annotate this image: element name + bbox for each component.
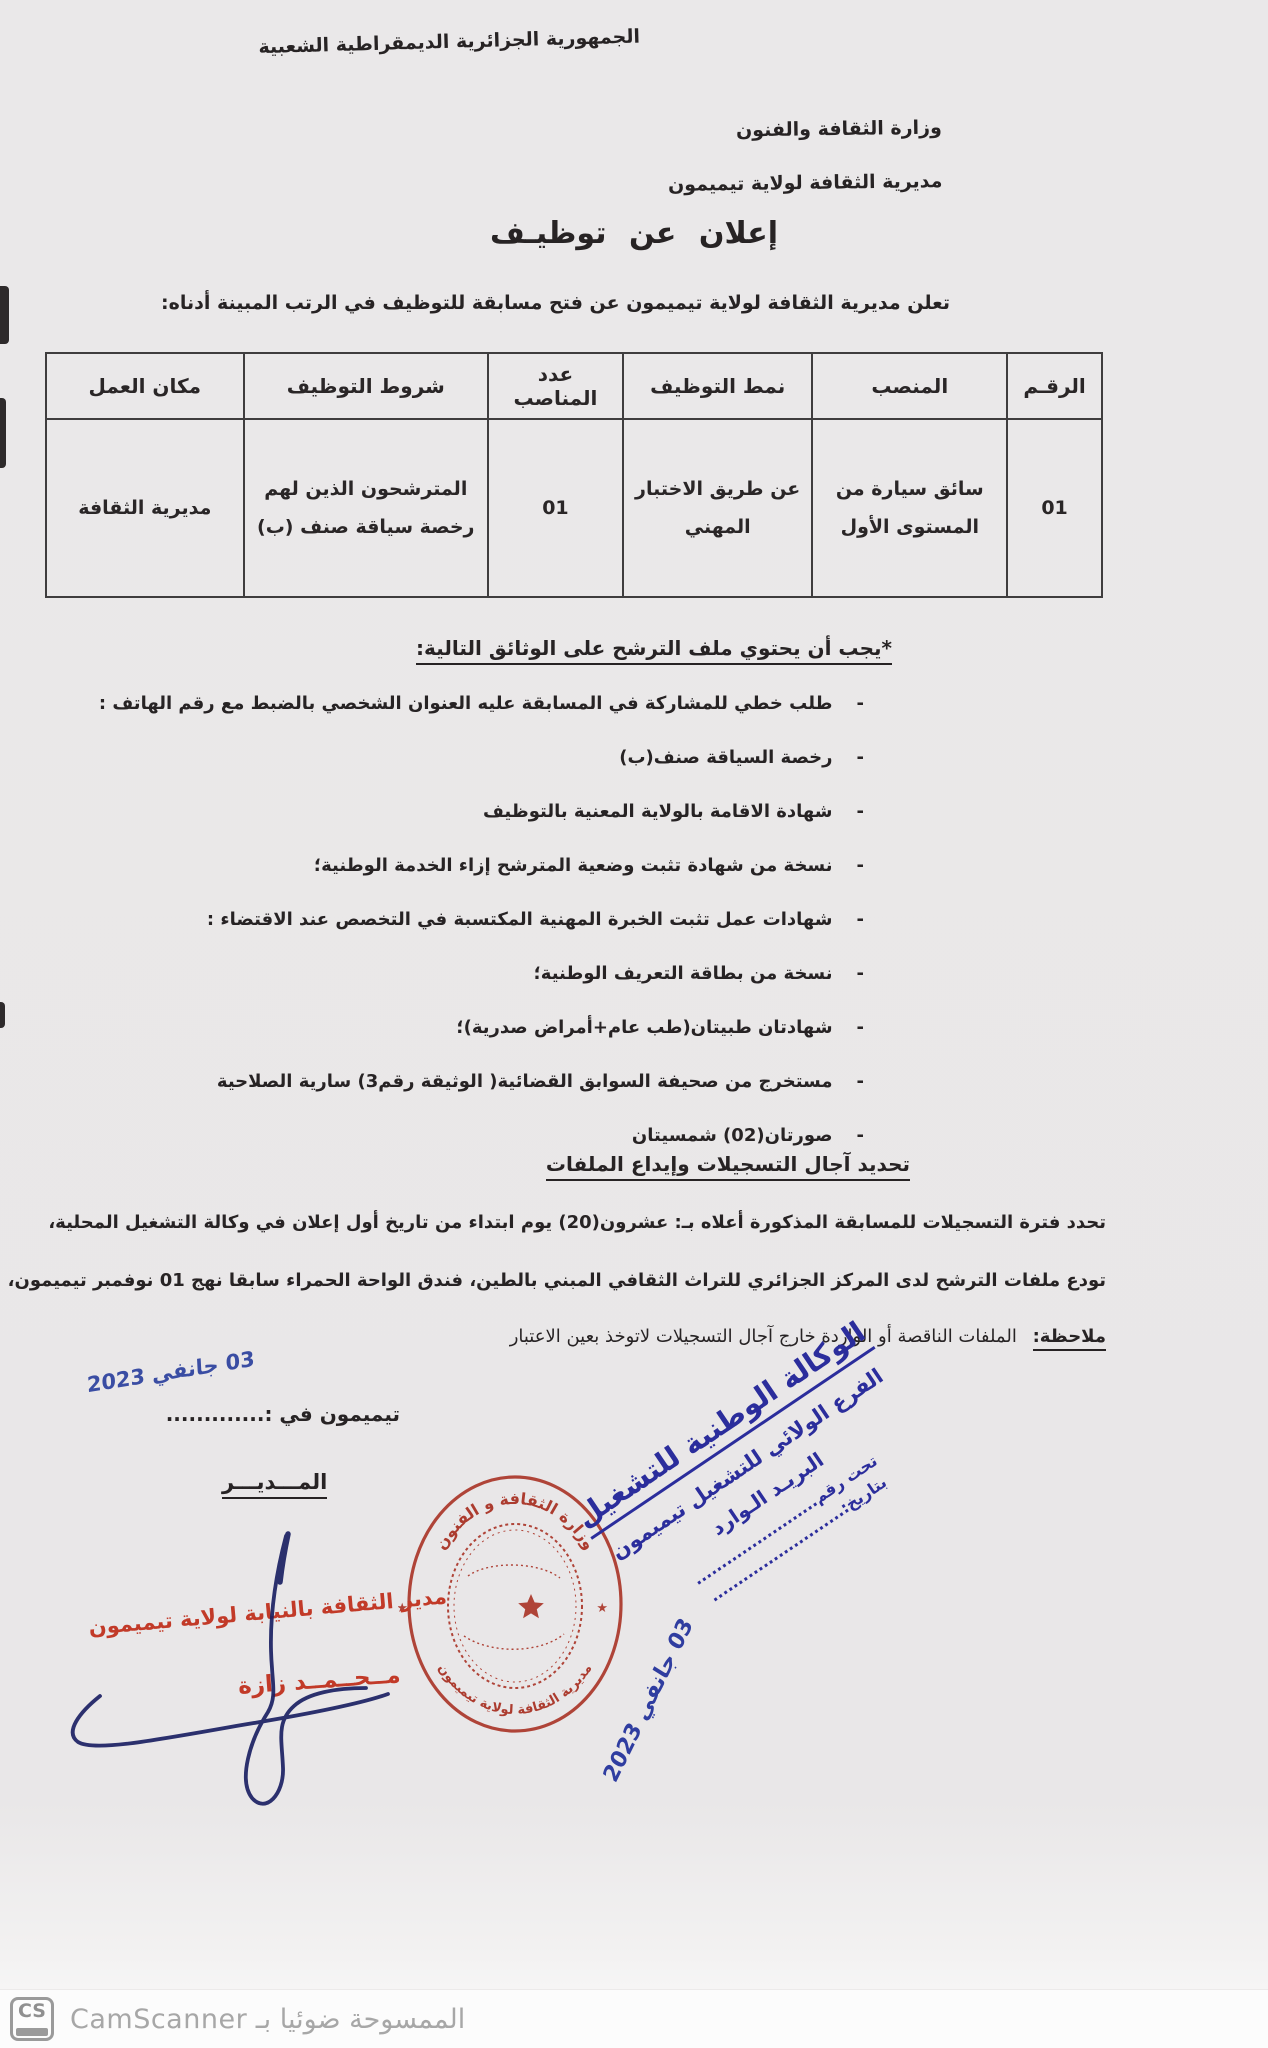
table-header-cell: نمط التوظيف xyxy=(623,353,813,419)
table-body: 01سائق سيارة من المستوى الأولعن طريق الا… xyxy=(46,419,1102,597)
table-cell: مديرية الثقافة xyxy=(46,419,244,597)
document-list-item: -طلب خطي للمشاركة في المسابقة عليه العنو… xyxy=(84,690,864,718)
place-date-line: تيميمون في :............. xyxy=(166,1402,400,1426)
crescent-icon xyxy=(481,1572,515,1640)
document-list-item: -نسخة من بطاقة التعريف الوطنية؛ xyxy=(84,960,864,988)
scan-artifact xyxy=(0,398,6,468)
table-header-cell: شروط التوظيف xyxy=(244,353,488,419)
intro-paragraph: تعلن مديرية الثقافة لولاية تيميمون عن فت… xyxy=(161,292,950,314)
bullet-dash: - xyxy=(857,693,864,714)
positions-table: الرقـمالمنصبنمط التوظيفعدد المناصبشروط ا… xyxy=(45,352,1103,598)
document-item-text: نسخة من شهادة تثبت وضعية المترشح إزاء ال… xyxy=(314,855,833,876)
document-list-item: -شهادتان طبيتان(طب عام+أمراض صدرية)؛ xyxy=(84,1014,864,1042)
table-header-cell: مكان العمل xyxy=(46,353,244,419)
camscanner-logo-text: CS xyxy=(18,2000,46,2022)
director-label: المـــديـــر xyxy=(222,1470,327,1499)
document-list-item: -صورتان(02) شمسيتان xyxy=(84,1122,864,1150)
bullet-dash: - xyxy=(857,1017,864,1038)
bullet-dash: - xyxy=(857,1071,864,1092)
scan-artifact xyxy=(0,1002,5,1028)
document-item-text: شهادة الاقامة بالولاية المعنية بالتوظيف xyxy=(483,801,833,822)
camscanner-logo-bar xyxy=(16,2028,48,2036)
deadline-paragraph-1: تحدد فترة التسجيلات للمسابقة المذكورة أع… xyxy=(48,1212,1106,1233)
table-header-cell: عدد المناصب xyxy=(488,353,623,419)
bullet-dash: - xyxy=(857,963,864,984)
table-cell: المترشحون الذين لهم رخصة سياقة صنف (ب) xyxy=(244,419,488,597)
page-title: إعلان عن توظيـف xyxy=(0,216,1268,251)
table-cell: 01 xyxy=(488,419,623,597)
document-item-text: طلب خطي للمشاركة في المسابقة عليه العنوا… xyxy=(99,693,833,714)
note-label: ملاحظة: xyxy=(1033,1326,1106,1351)
star-icon xyxy=(518,1594,544,1618)
camscanner-footer: CS الممسوحة ضوئيا بـ CamScanner xyxy=(0,1989,1268,2048)
bullet-dash: - xyxy=(857,801,864,822)
document-list-item: -شهادات عمل تثبت الخبرة المهنية المكتسبة… xyxy=(84,906,864,934)
document-item-text: شهادات عمل تثبت الخبرة المهنية المكتسبة … xyxy=(207,909,833,930)
documents-heading: *يجب أن يحتوي ملف الترشح على الوثائق الت… xyxy=(416,636,892,665)
bullet-dash: - xyxy=(857,747,864,768)
bullet-dash: - xyxy=(857,1125,864,1146)
table-row: 01سائق سيارة من المستوى الأولعن طريق الا… xyxy=(46,419,1102,597)
table-cell: عن طريق الاختبار المهني xyxy=(623,419,813,597)
handwritten-date-top: 03 جانفي 2023 xyxy=(86,1347,255,1398)
director-signature xyxy=(36,1528,476,1828)
document-item-text: نسخة من بطاقة التعريف الوطنية؛ xyxy=(534,963,833,984)
scanned-document-page: الجمهورية الجزائرية الديمقراطية الشعبية … xyxy=(0,0,1268,2048)
deadlines-heading: تحديد آجال التسجيلات وإيداع الملفات xyxy=(546,1152,910,1181)
scanned-with-text: الممسوحة ضوئيا بـ CamScanner xyxy=(70,2004,465,2035)
documents-list: -طلب خطي للمشاركة في المسابقة عليه العنو… xyxy=(84,690,864,1176)
document-list-item: -شهادة الاقامة بالولاية المعنية بالتوظيف xyxy=(84,798,864,826)
ministry-line: وزارة الثقافة والفنون xyxy=(736,117,942,142)
deadline-paragraph-2: تودع ملفات الترشح لدى المركز الجزائري لل… xyxy=(8,1270,1106,1291)
directorate-line: مديرية الثقافة لولاية تيميمون xyxy=(667,170,942,196)
table-cell: سائق سيارة من المستوى الأول xyxy=(812,419,1007,597)
bullet-dash: - xyxy=(857,855,864,876)
document-list-item: -رخصة السياقة صنف(ب) xyxy=(84,744,864,772)
document-item-text: صورتان(02) شمسيتان xyxy=(632,1125,833,1146)
document-item-text: شهادتان طبيتان(طب عام+أمراض صدرية)؛ xyxy=(456,1017,832,1038)
bullet-dash: - xyxy=(857,909,864,930)
note-text: الملفات الناقصة أو الواردة خارج آجال الت… xyxy=(510,1326,1017,1347)
document-list-item: -نسخة من شهادة تثبت وضعية المترشح إزاء ا… xyxy=(84,852,864,880)
document-list-item: -مستخرج من صحيفة السوابق القضائية( الوثي… xyxy=(84,1068,864,1096)
table-header-cell: المنصب xyxy=(812,353,1007,419)
republic-header: الجمهورية الجزائرية الديمقراطية الشعبية xyxy=(320,26,640,57)
table-cell: 01 xyxy=(1007,419,1102,597)
document-item-text: رخصة السياقة صنف(ب) xyxy=(619,747,832,768)
table-header-cell: الرقـم xyxy=(1007,353,1102,419)
table-header-row: الرقـمالمنصبنمط التوظيفعدد المناصبشروط ا… xyxy=(46,353,1102,419)
camscanner-logo: CS xyxy=(10,1997,54,2041)
scan-artifact xyxy=(0,286,9,344)
document-item-text: مستخرج من صحيفة السوابق القضائية( الوثيق… xyxy=(217,1071,833,1092)
